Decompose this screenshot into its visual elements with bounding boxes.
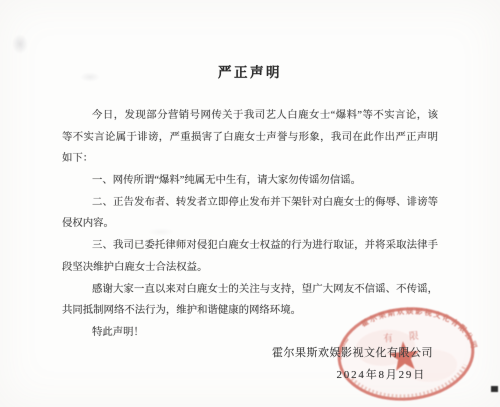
statement-document: 严正声明 今日，发现部分营销号网传关于我司艺人白鹿女士“爆料”等不实言论，该等不… <box>0 0 500 407</box>
corner-artifact-mark <box>491 386 498 392</box>
signature-date: 2024年8月29日 <box>337 366 427 382</box>
statement-line: 感谢大家一直以来对白鹿女士的关注与支持，望广大网友不信谣、不传谣， <box>62 279 438 301</box>
statement-line: 如下： <box>62 148 438 170</box>
statement-line: 二、正告发布者、转发者立即停止发布并下架针对白鹿女士的侮辱、诽谤等 <box>62 192 438 214</box>
statement-body: 今日，发现部分营销号网传关于我司艺人白鹿女士“爆料”等不实言论，该等不实言论属于… <box>62 105 438 344</box>
statement-line: 等不实言论属于诽谤，严重损害了白鹿女士声誉与形象，我司在此作出严正声明 <box>62 127 438 149</box>
statement-line: 共同抵制网络不法行为，维护和谐健康的网络环境。 <box>62 300 438 322</box>
statement-line: 特此声明！ <box>62 322 438 344</box>
statement-line: 三、我司已委托律师对侵犯白鹿女士权益的行为进行取证，并将采取法律手 <box>62 235 438 257</box>
statement-line: 侵权内容。 <box>62 213 438 235</box>
statement-line: 今日，发现部分营销号网传关于我司艺人白鹿女士“爆料”等不实言论，该 <box>62 105 438 127</box>
statement-title: 严正声明 <box>62 61 438 81</box>
paper-smudge <box>12 34 28 54</box>
signature-company: 霍尔果斯欢娱影视文化有限公司 <box>272 344 433 360</box>
statement-line: 段坚决维护白鹿女士合法权益。 <box>62 257 438 279</box>
statement-line: 一、网传所谓“爆料”纯属无中生有，请大家勿传谣勿信谣。 <box>62 170 438 192</box>
